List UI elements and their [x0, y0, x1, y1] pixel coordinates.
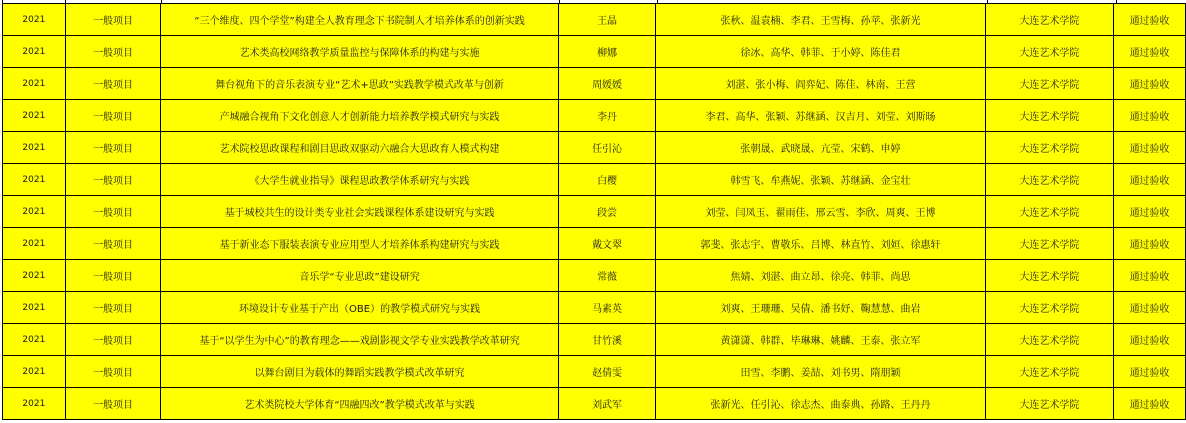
institution-cell[interactable]: 大连艺术学院: [985, 388, 1114, 420]
status-cell[interactable]: 通过验收: [1114, 196, 1186, 228]
year-cell[interactable]: 2021: [3, 100, 66, 132]
members-cell[interactable]: 徐冰、高华、韩菲、于小婷、陈佳君: [656, 36, 985, 68]
lead-cell[interactable]: 白樱: [558, 164, 656, 196]
lead-cell[interactable]: 常薇: [558, 260, 656, 292]
project-title-cell[interactable]: 环境设计专业基于产出（OBE）的教学模式研究与实践: [161, 292, 559, 324]
members-cell[interactable]: 刘莹、闫凤玉、翟雨佳、邢云雪、李欣、周爽、王博: [656, 196, 985, 228]
status-cell[interactable]: 通过验收: [1114, 100, 1186, 132]
year-cell[interactable]: 2021: [3, 36, 66, 68]
members-cell[interactable]: 李君、高华、张颖、苏继涵、汉吉月、刘莹、刘斯旸: [656, 100, 985, 132]
category-cell[interactable]: 一般项目: [65, 356, 161, 388]
lead-cell[interactable]: 马素英: [558, 292, 656, 324]
project-title-cell[interactable]: 舞台视角下的音乐表演专业“艺术+思政”实践教学模式改革与创新: [161, 68, 559, 100]
members-cell[interactable]: 刘爽、王珊珊、吴倩、潘书妤、鞠慧慧、曲岩: [656, 292, 985, 324]
year-cell[interactable]: 2021: [3, 164, 66, 196]
category-cell[interactable]: 一般项目: [65, 164, 161, 196]
status-cell[interactable]: 通过验收: [1114, 68, 1186, 100]
project-title-cell[interactable]: 音乐学“专业思政”建设研究: [161, 260, 559, 292]
institution-cell[interactable]: 大连艺术学院: [985, 260, 1114, 292]
status-cell[interactable]: 通过验收: [1114, 260, 1186, 292]
year-cell[interactable]: 2021: [3, 132, 66, 164]
year-cell[interactable]: 2021: [3, 260, 66, 292]
lead-cell[interactable]: 段尝: [558, 196, 656, 228]
status-cell[interactable]: 通过验收: [1114, 36, 1186, 68]
table-row: 2021 一般项目 艺术类院校大学体育“四融四改”教学模式改革与实践 刘武军 张…: [3, 388, 1186, 420]
category-cell[interactable]: 一般项目: [65, 388, 161, 420]
table-row: 2021 一般项目 以舞台剧目为载体的舞蹈实践教学模式改革研究 赵倩雯 田雪、李…: [3, 356, 1186, 388]
category-cell[interactable]: 一般项目: [65, 100, 161, 132]
institution-cell[interactable]: 大连艺术学院: [985, 228, 1114, 260]
table-row: 2021 一般项目 音乐学“专业思政”建设研究 常薇 焦婧、刘湛、曲立昂、徐亮、…: [3, 260, 1186, 292]
category-cell[interactable]: 一般项目: [65, 132, 161, 164]
year-cell[interactable]: 2021: [3, 292, 66, 324]
institution-cell[interactable]: 大连艺术学院: [985, 324, 1114, 356]
institution-cell[interactable]: 大连艺术学院: [985, 68, 1114, 100]
table-row: 2021 一般项目 艺术类高校网络教学质量监控与保障体系的构建与实施 柳娜 徐冰…: [3, 36, 1186, 68]
lead-cell[interactable]: 周媛媛: [558, 68, 656, 100]
institution-cell[interactable]: 大连艺术学院: [985, 36, 1114, 68]
lead-cell[interactable]: 柳娜: [558, 36, 656, 68]
status-cell[interactable]: 通过验收: [1114, 292, 1186, 324]
year-cell[interactable]: 2021: [3, 388, 66, 420]
year-cell[interactable]: 2021: [3, 228, 66, 260]
table-row: 2021 一般项目 《大学生就业指导》课程思政教学体系研究与实践 白樱 韩雪飞、…: [3, 164, 1186, 196]
lead-cell[interactable]: 赵倩雯: [558, 356, 656, 388]
table-row: 2021 一般项目 环境设计专业基于产出（OBE）的教学模式研究与实践 马素英 …: [3, 292, 1186, 324]
lead-cell[interactable]: 任引沁: [558, 132, 656, 164]
lead-cell[interactable]: 戴文翠: [558, 228, 656, 260]
project-title-cell[interactable]: 以舞台剧目为载体的舞蹈实践教学模式改革研究: [161, 356, 559, 388]
table-row: 2021 一般项目 基于城校共生的设计类专业社会实践课程体系建设研究与实践 段尝…: [3, 196, 1186, 228]
table-row: 2021 一般项目 舞台视角下的音乐表演专业“艺术+思政”实践教学模式改革与创新…: [3, 68, 1186, 100]
lead-cell[interactable]: 王晶: [558, 4, 656, 36]
year-cell[interactable]: 2021: [3, 68, 66, 100]
status-cell[interactable]: 通过验收: [1114, 132, 1186, 164]
members-cell[interactable]: 刘湛、张小梅、阎弈妃、陈佳、林南、王营: [656, 68, 985, 100]
project-title-cell[interactable]: 艺术类院校大学体育“四融四改”教学模式改革与实践: [161, 388, 559, 420]
status-cell[interactable]: 通过验收: [1114, 164, 1186, 196]
category-cell[interactable]: 一般项目: [65, 292, 161, 324]
year-cell[interactable]: 2021: [3, 324, 66, 356]
table-row: 2021 一般项目 基于新业态下服装表演专业应用型人才培养体系构建研究与实践 戴…: [3, 228, 1186, 260]
project-title-cell[interactable]: 基于城校共生的设计类专业社会实践课程体系建设研究与实践: [161, 196, 559, 228]
category-cell[interactable]: 一般项目: [65, 196, 161, 228]
institution-cell[interactable]: 大连艺术学院: [985, 132, 1114, 164]
members-cell[interactable]: 韩雪飞、牟燕妮、张颖、苏继涵、金宝壮: [656, 164, 985, 196]
category-cell[interactable]: 一般项目: [65, 228, 161, 260]
members-cell[interactable]: 焦婧、刘湛、曲立昂、徐亮、韩菲、尚思: [656, 260, 985, 292]
table-row: 2021 一般项目 艺术院校思政课程和剧目思政双驱动六融合大思政育人模式构建 任…: [3, 132, 1186, 164]
institution-cell[interactable]: 大连艺术学院: [985, 292, 1114, 324]
project-title-cell[interactable]: 基于“以学生为中心”的教育理念——戏剧影视文学专业实践教学改革研究: [161, 324, 559, 356]
table-row: 2021 一般项目 产城融合视角下文化创意人才创新能力培养教学模式研究与实践 李…: [3, 100, 1186, 132]
lead-cell[interactable]: 甘竹溪: [558, 324, 656, 356]
institution-cell[interactable]: 大连艺术学院: [985, 100, 1114, 132]
status-cell[interactable]: 通过验收: [1114, 324, 1186, 356]
institution-cell[interactable]: 大连艺术学院: [985, 196, 1114, 228]
year-cell[interactable]: 2021: [3, 4, 66, 36]
project-title-cell[interactable]: 艺术类高校网络教学质量监控与保障体系的构建与实施: [161, 36, 559, 68]
status-cell[interactable]: 通过验收: [1114, 228, 1186, 260]
lead-cell[interactable]: 李丹: [558, 100, 656, 132]
category-cell[interactable]: 一般项目: [65, 4, 161, 36]
year-cell[interactable]: 2021: [3, 196, 66, 228]
status-cell[interactable]: 通过验收: [1114, 388, 1186, 420]
category-cell[interactable]: 一般项目: [65, 324, 161, 356]
project-title-cell[interactable]: “三个维度、四个学堂”构建全人教育理念下书院制人才培养体系的创新实践: [161, 4, 559, 36]
category-cell[interactable]: 一般项目: [65, 260, 161, 292]
lead-cell[interactable]: 刘武军: [558, 388, 656, 420]
project-table: 2021 一般项目 “三个维度、四个学堂”构建全人教育理念下书院制人才培养体系的…: [2, 3, 1186, 420]
year-cell[interactable]: 2021: [3, 356, 66, 388]
category-cell[interactable]: 一般项目: [65, 68, 161, 100]
institution-cell[interactable]: 大连艺术学院: [985, 4, 1114, 36]
project-title-cell[interactable]: 《大学生就业指导》课程思政教学体系研究与实践: [161, 164, 559, 196]
members-cell[interactable]: 张秋、温袁楠、李君、王雪梅、孙苹、张新光: [656, 4, 985, 36]
table-row: 2021 一般项目 “三个维度、四个学堂”构建全人教育理念下书院制人才培养体系的…: [3, 4, 1186, 36]
project-title-cell[interactable]: 艺术院校思政课程和剧目思政双驱动六融合大思政育人模式构建: [161, 132, 559, 164]
members-cell[interactable]: 张新光、任引沁、徐志杰、曲泰典、孙路、王丹丹: [656, 388, 985, 420]
project-title-cell[interactable]: 产城融合视角下文化创意人才创新能力培养教学模式研究与实践: [161, 100, 559, 132]
members-cell[interactable]: 郭斐、张志宇、曹敬乐、吕博、林直竹、刘姮、徐惠轩: [656, 228, 985, 260]
members-cell[interactable]: 张朝晟、武晓晟、亢莹、宋鹤、申婷: [656, 132, 985, 164]
members-cell[interactable]: 黄潇潇、韩群、毕琳琳、姚麟、王泰、张立军: [656, 324, 985, 356]
category-cell[interactable]: 一般项目: [65, 36, 161, 68]
status-cell[interactable]: 通过验收: [1114, 4, 1186, 36]
table-row: 2021 一般项目 基于“以学生为中心”的教育理念——戏剧影视文学专业实践教学改…: [3, 324, 1186, 356]
status-cell[interactable]: 通过验收: [1114, 356, 1186, 388]
institution-cell[interactable]: 大连艺术学院: [985, 356, 1114, 388]
institution-cell[interactable]: 大连艺术学院: [985, 164, 1114, 196]
members-cell[interactable]: 田雪、李鹏、姜喆、刘书男、隋朋颖: [656, 356, 985, 388]
project-title-cell[interactable]: 基于新业态下服装表演专业应用型人才培养体系构建研究与实践: [161, 228, 559, 260]
